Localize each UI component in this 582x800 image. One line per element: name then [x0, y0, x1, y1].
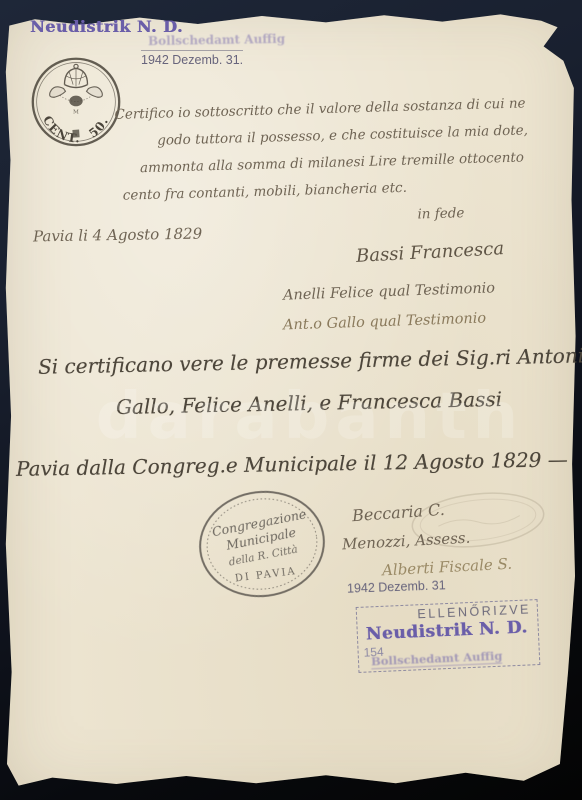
- municipal-oval-stamp: Congregazione Municipale della R. Città …: [185, 477, 338, 611]
- svg-text:50.: 50.: [86, 115, 111, 141]
- verify-fraktur-stamp: Neudistrik N. D.: [365, 618, 528, 645]
- seal-center-mark: M: [73, 109, 79, 115]
- office-stamp-top: Bollschedamt Auffig: [148, 32, 285, 48]
- seal-denom-left: CENT.: [40, 114, 81, 146]
- verification-stamp-box: ELLENŐRIZVE Neudistrik N. D. 154 Bollsch…: [356, 599, 541, 673]
- date-stamp-top: 1942 Dezemb. 31.: [141, 50, 243, 67]
- verify-office-line: Bollschedamt Auffig: [371, 649, 503, 670]
- svg-text:CENT.: CENT.: [40, 114, 81, 146]
- seal-denom-right: 50.: [86, 115, 111, 141]
- manuscript-body: Certifico io sottoscritto che il valore …: [114, 90, 538, 237]
- shield-icon: [69, 96, 82, 107]
- revenue-stamp-seal: M CENT. 50.: [28, 50, 124, 150]
- crown-icon: [64, 64, 87, 87]
- oval-stamp-line: DI PAVIA: [234, 566, 297, 584]
- photo-background: Neudistrik N. D. Bollschedamt Auffig 194…: [0, 0, 582, 800]
- dateline-pavia: Pavia li 4 Agosto 1829: [33, 225, 202, 246]
